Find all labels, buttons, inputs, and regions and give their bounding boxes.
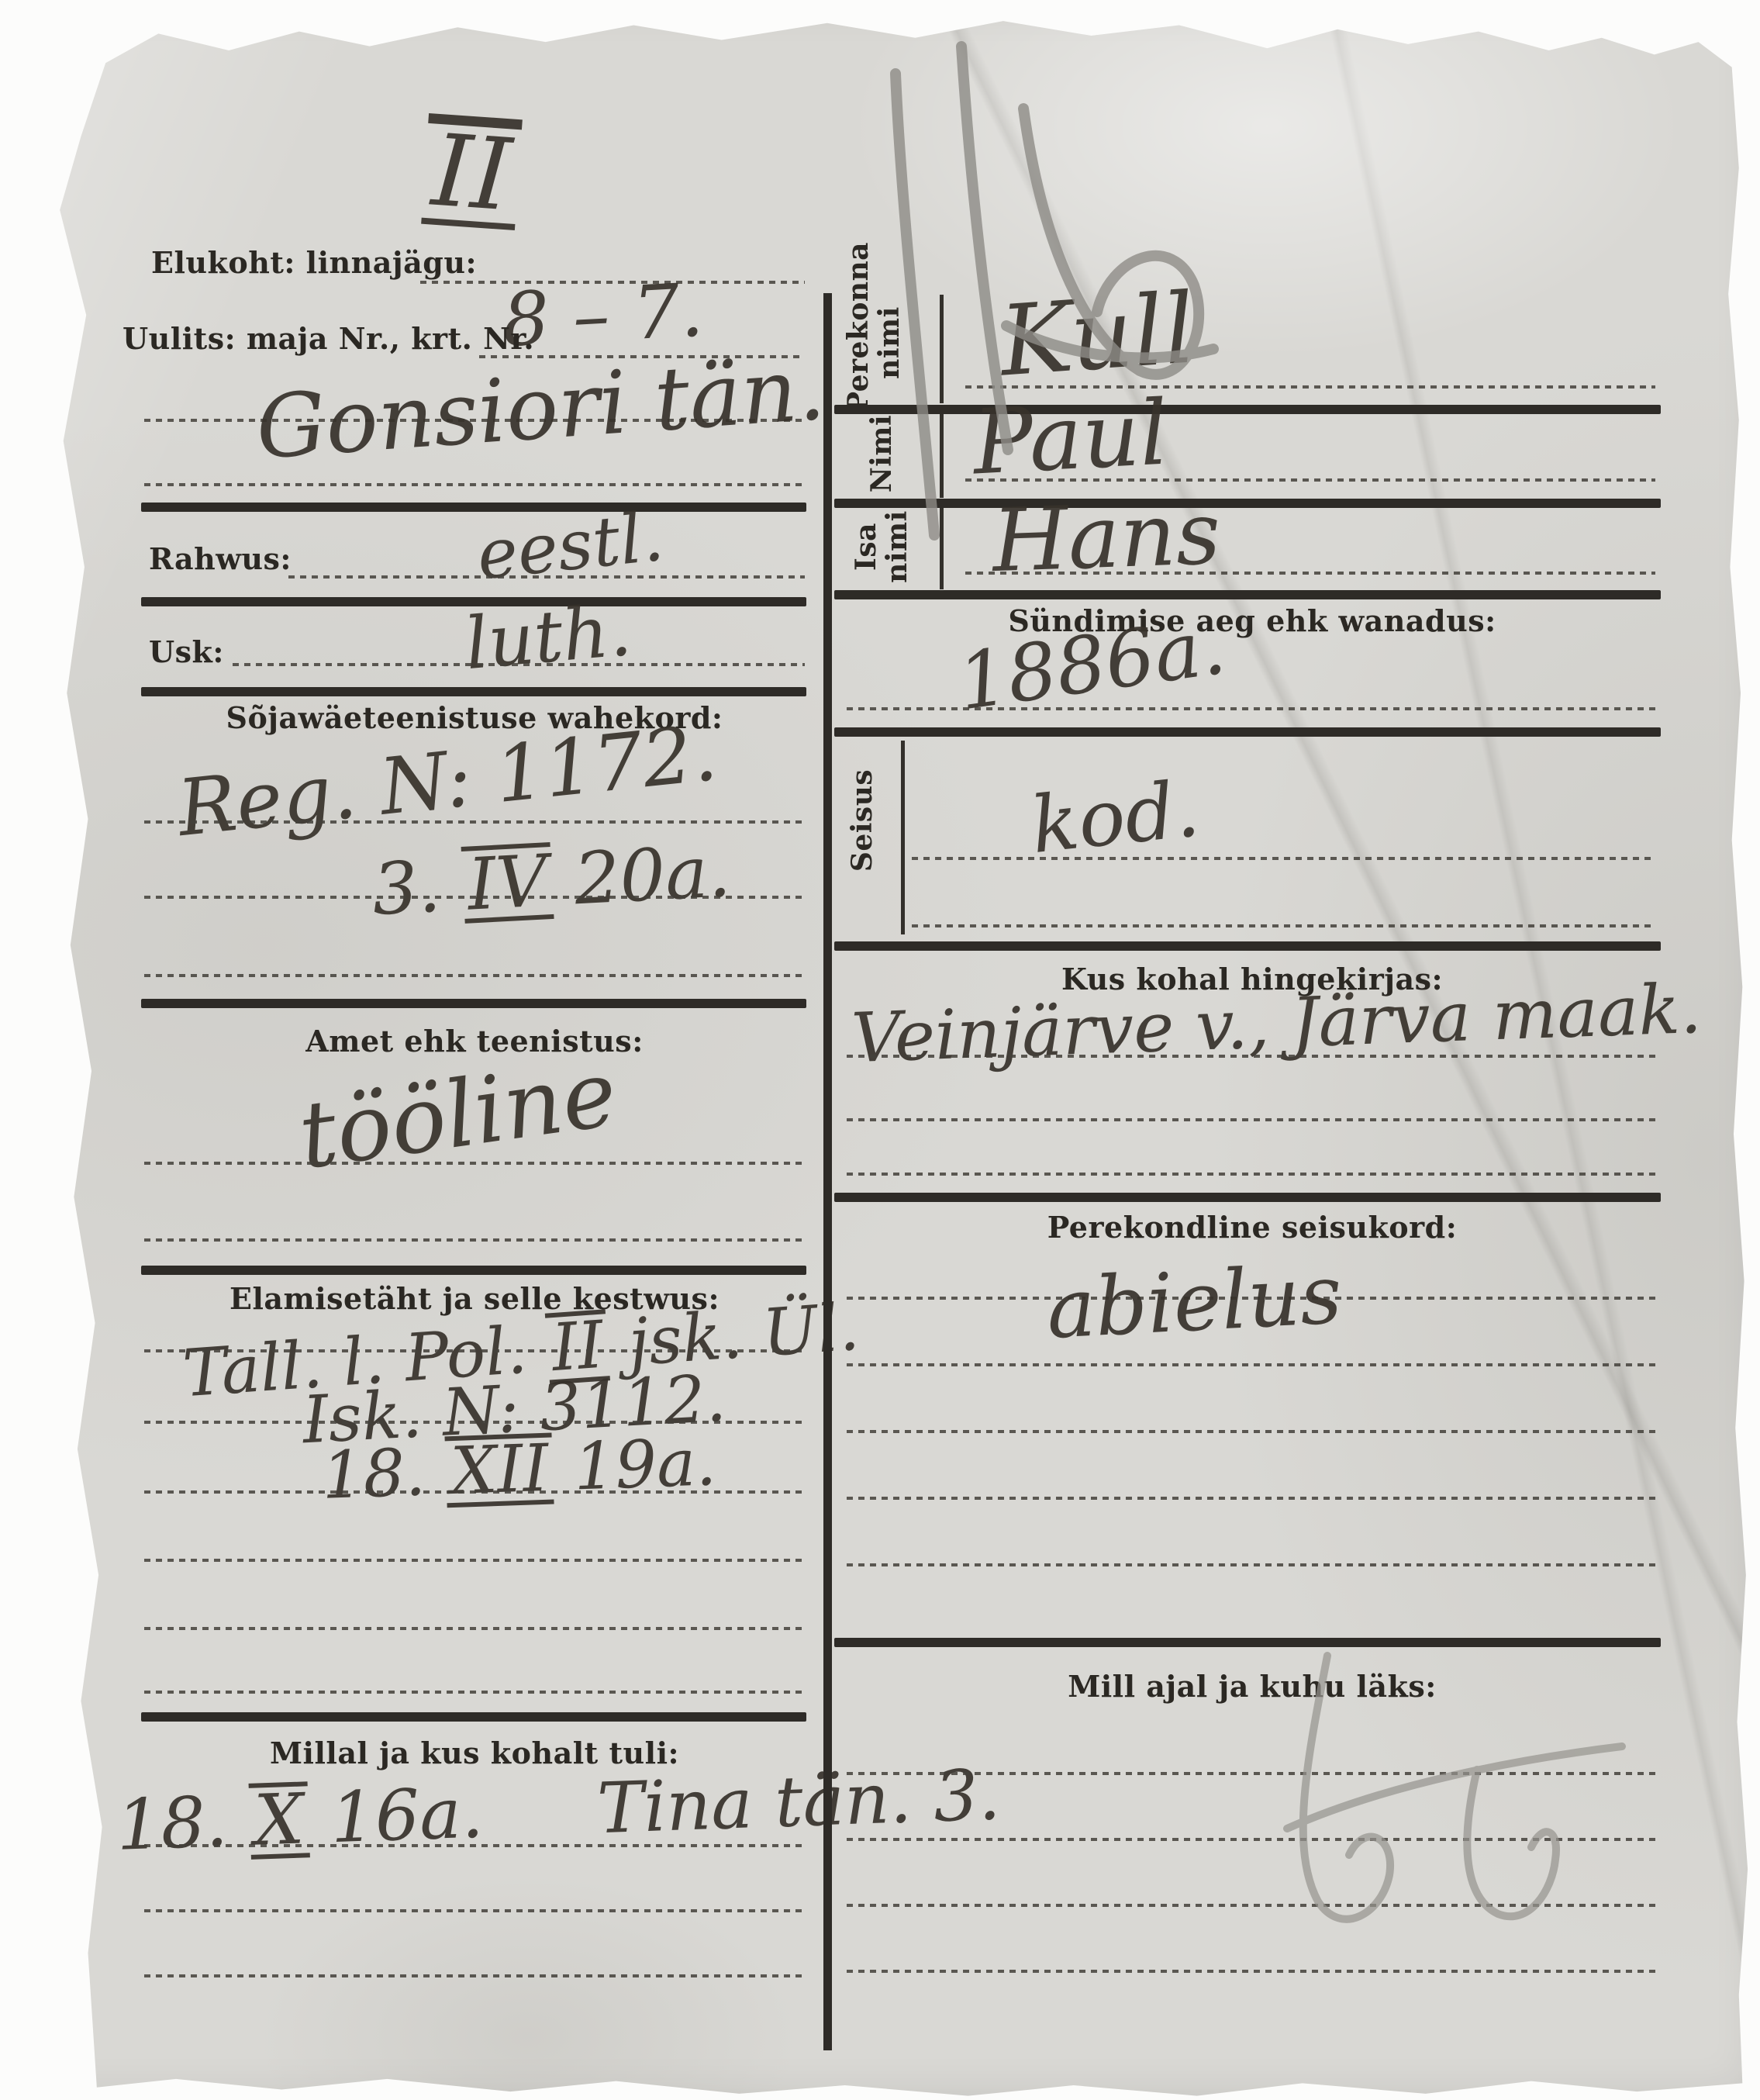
status-value: kod. [1027, 763, 1203, 871]
column-divider [823, 293, 832, 2050]
surname-value: Kull [996, 272, 1199, 398]
dotted-rule [847, 1118, 1658, 1121]
military-date-year: 20a. [572, 830, 732, 920]
section-divider [834, 590, 1661, 599]
dotted-rule [144, 974, 805, 977]
permit-date-month: XII [445, 1432, 554, 1508]
birth-heading: Sündimise aeg ehk wanadus: [847, 603, 1658, 638]
status-label: Seisus [847, 743, 890, 898]
occupation-heading: Amet ehk teenistus: [144, 1024, 805, 1059]
label-cell-rule [940, 414, 944, 498]
district-value: II [421, 113, 523, 230]
section-divider [834, 727, 1661, 737]
family-status-value: abielus [1044, 1247, 1344, 1357]
dotted-rule [144, 483, 805, 486]
section-divider [834, 1193, 1661, 1202]
dotted-rule [144, 820, 805, 824]
arrival-date-day: 18. [116, 1781, 229, 1867]
dotted-rule [144, 1238, 805, 1242]
religion-value: luth. [462, 589, 635, 686]
dotted-rule [144, 1627, 805, 1630]
religion-label: Usk: [149, 634, 224, 669]
dotted-rule [847, 1430, 1658, 1433]
dotted-rule [847, 1497, 1658, 1500]
dotted-rule [288, 575, 805, 579]
section-divider [141, 1266, 806, 1275]
father-name-value: Hans [991, 483, 1222, 592]
firstname-label: Nimi [866, 395, 913, 512]
dotted-rule [965, 572, 1655, 575]
arrival-date-month: X [248, 1781, 309, 1859]
military-date-month: IV [461, 842, 554, 924]
dotted-rule [144, 1974, 805, 1977]
dotted-rule [847, 1970, 1658, 1973]
section-divider [834, 941, 1661, 951]
father-name-label: Isa nimi [851, 496, 928, 597]
label-cell-rule [901, 741, 905, 934]
section-divider [834, 405, 1661, 414]
dotted-rule [144, 896, 805, 899]
section-divider [141, 1712, 806, 1722]
section-divider [141, 687, 806, 696]
arrival-place: Tina tän. 3. [596, 1754, 1002, 1850]
dotted-rule [144, 1490, 805, 1494]
dotted-rule [847, 1904, 1658, 1907]
permit-date-value: 18. XII 19a. [320, 1424, 717, 1514]
dotted-rule [847, 1563, 1658, 1566]
section-divider [141, 999, 806, 1008]
scanned-registration-card: II Elukoht: linnajägu: 8 – 7. Uulits: ma… [0, 0, 1760, 2100]
dotted-rule [847, 1055, 1658, 1058]
permit-date-day: 18. [320, 1434, 426, 1514]
residence-label: Elukoht: linnajägu: [151, 245, 477, 280]
section-divider [834, 1638, 1661, 1647]
dotted-rule [144, 1162, 805, 1165]
label-cell-rule [940, 508, 944, 589]
nationality-label: Rahwus: [149, 541, 292, 576]
surname-label: Perekonna nimi [843, 273, 936, 413]
dotted-rule [144, 1421, 805, 1424]
dotted-rule [912, 924, 1656, 927]
dotted-rule [847, 1772, 1658, 1775]
dotted-rule [847, 1173, 1658, 1176]
dotted-rule [847, 1838, 1658, 1841]
section-divider [141, 503, 806, 512]
dotted-rule [847, 1363, 1658, 1366]
dotted-rule [912, 857, 1656, 860]
departure-heading: Mill ajal ja kuhu läks: [847, 1669, 1658, 1704]
dotted-rule [144, 1349, 805, 1352]
dotted-rule [144, 1844, 805, 1847]
label-cell-rule [940, 295, 944, 403]
street-label: Uulits: maja Nr., krt. Nr. [123, 321, 534, 356]
family-status-heading: Perekondline seisukord: [847, 1210, 1658, 1245]
dotted-rule [144, 1909, 805, 1912]
dotted-rule [233, 663, 805, 666]
dotted-rule [847, 707, 1658, 710]
dotted-rule [965, 478, 1655, 482]
dotted-rule [144, 1691, 805, 1694]
dotted-rule [144, 1559, 805, 1562]
military-date-day: 3. [371, 845, 443, 931]
section-divider [834, 499, 1661, 508]
